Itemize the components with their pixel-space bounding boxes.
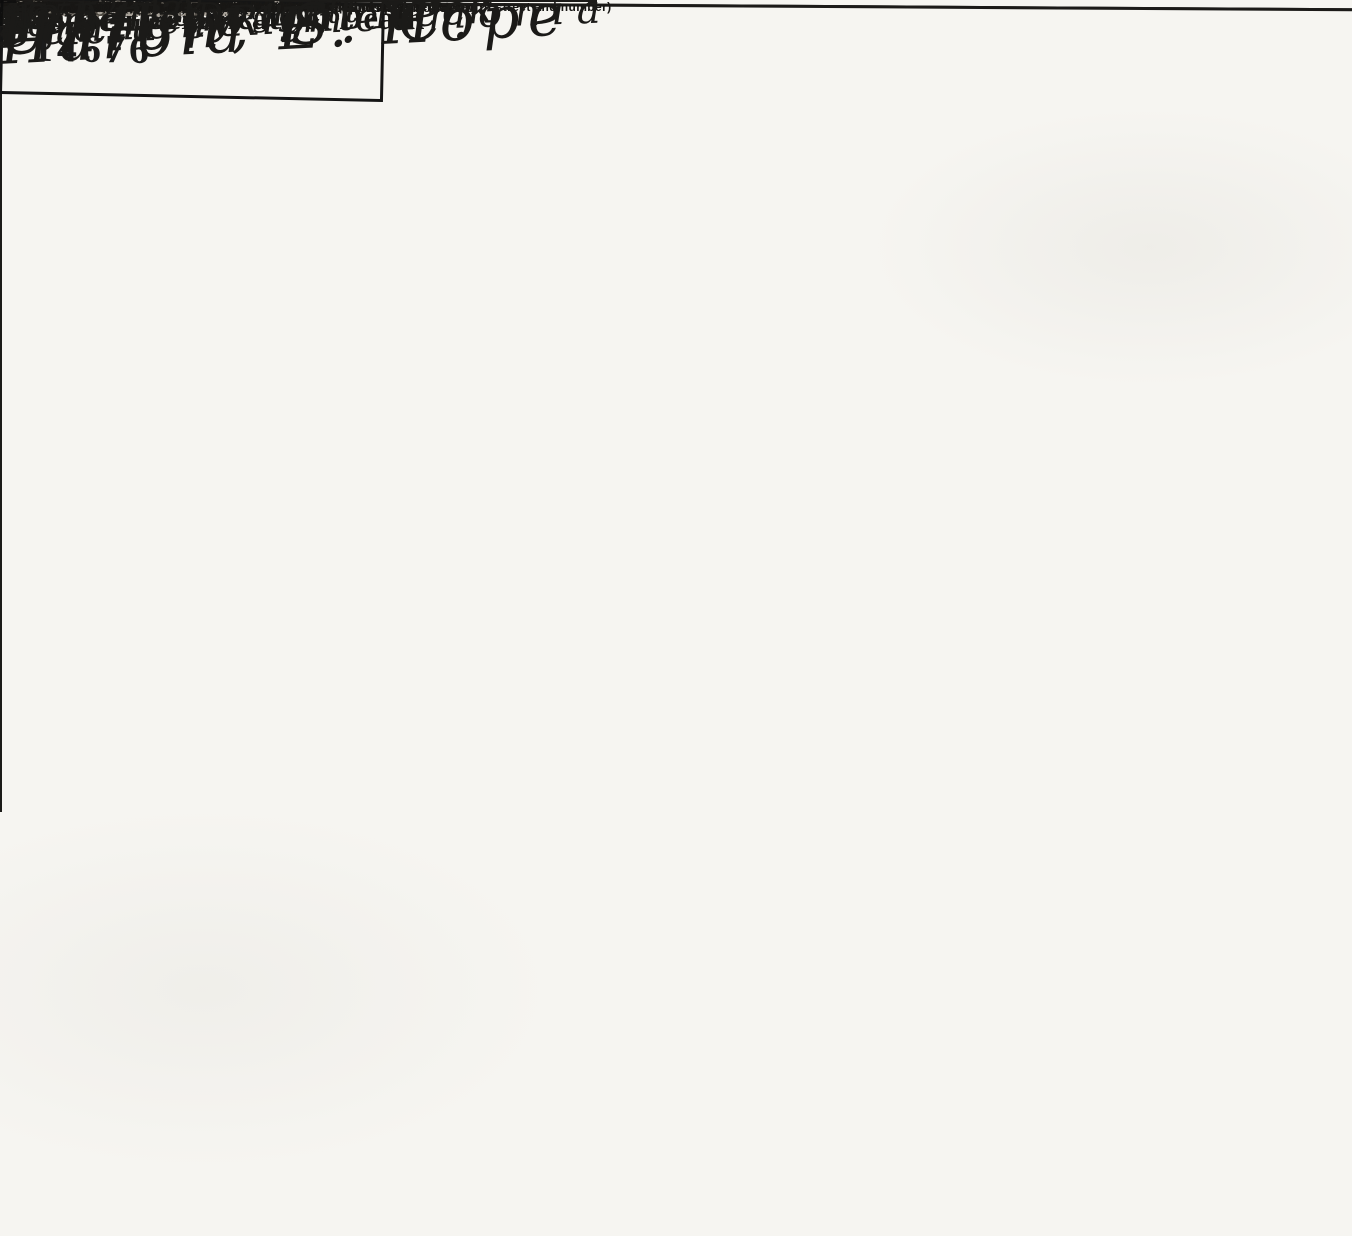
- stray-mark-dash: [0, 0, 16, 3]
- death-certificate-scan: MARGIN FOR BINDING N. B.—WRITE PLAINLY, …: [0, 0, 1352, 1236]
